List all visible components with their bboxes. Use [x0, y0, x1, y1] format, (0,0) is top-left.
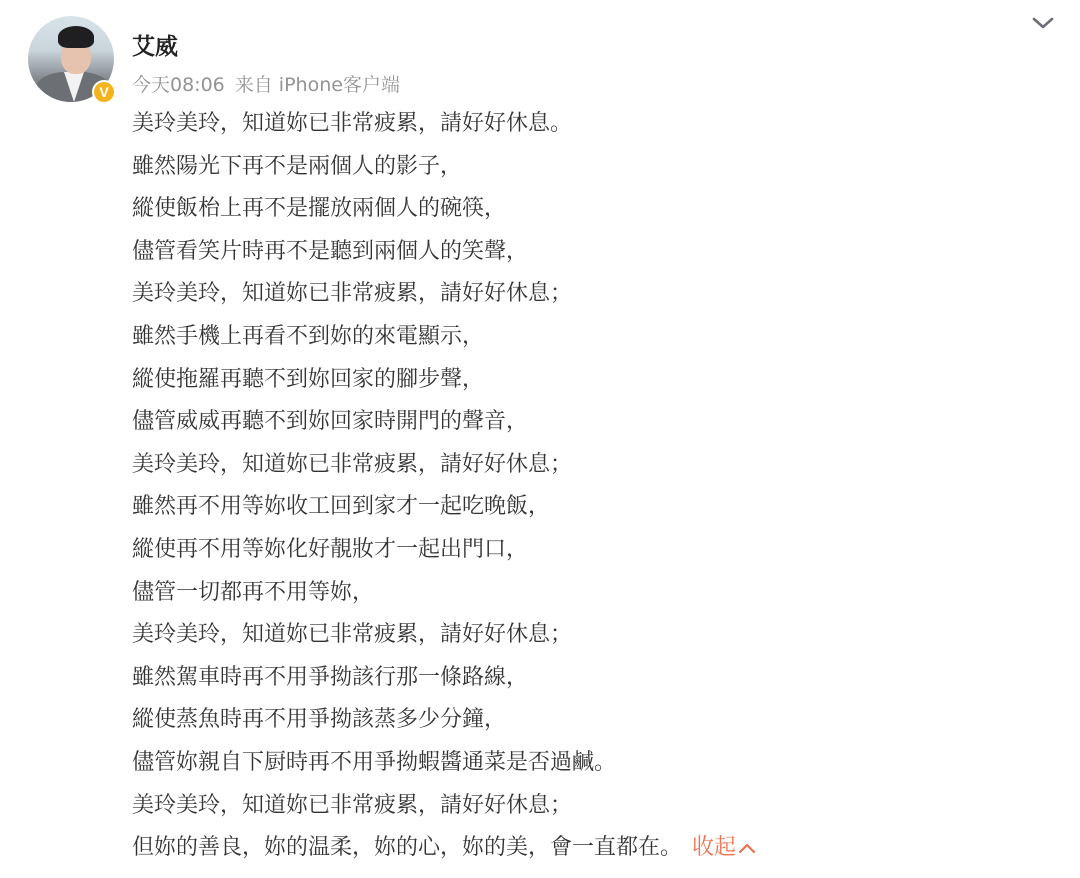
content-line: 儘管一切都再不用等妳，	[132, 572, 1032, 615]
avatar[interactable]: V	[28, 16, 114, 102]
content-line: 縱使飯枱上再不是擺放兩個人的碗筷，	[132, 188, 1032, 231]
content-line: 美玲美玲，知道妳已非常疲累，請好好休息；	[132, 273, 1032, 316]
content-line: 縱使再不用等妳化好靚妝才一起出門口，	[132, 529, 1032, 572]
content-line: 雖然陽光下再不是兩個人的影子，	[132, 146, 1032, 189]
content-line: 儘管看笑片時再不是聽到兩個人的笑聲，	[132, 231, 1032, 274]
post-content: 美玲美玲，知道妳已非常疲累，請好好休息。 雖然陽光下再不是兩個人的影子， 縱使飯…	[132, 103, 1032, 870]
chevron-down-icon	[1032, 16, 1054, 30]
post-menu-button[interactable]	[1028, 10, 1058, 36]
content-line: 美玲美玲，知道妳已非常疲累，請好好休息；	[132, 444, 1032, 487]
content-line: 縱使拖羅再聽不到妳回家的腳步聲，	[132, 359, 1032, 402]
content-line: 雖然手機上再看不到妳的來電顯示，	[132, 316, 1032, 359]
post-time[interactable]: 今天08:06	[132, 74, 225, 96]
author-name[interactable]: 艾威	[132, 32, 178, 62]
content-line: 雖然再不用等妳收工回到家才一起吃晚飯，	[132, 486, 1032, 529]
post-meta: 今天08:06来自 iPhone客户端	[132, 72, 400, 98]
chevron-up-icon	[738, 842, 756, 854]
content-line: 儘管妳親自下厨時再不用爭拗蝦醬通菜是否過鹹。	[132, 742, 1032, 785]
content-line: 縱使蒸魚時再不用爭拗該蒸多少分鐘，	[132, 699, 1032, 742]
post-source: 来自 iPhone客户端	[235, 74, 400, 96]
weibo-post: V 艾威 今天08:06来自 iPhone客户端 美玲美玲，知道妳已非常疲累，請…	[0, 0, 1080, 878]
collapse-label: 收起	[692, 827, 736, 870]
content-line-last: 但妳的善良，妳的温柔，妳的心，妳的美，會一直都在。收起	[132, 827, 1032, 870]
content-line: 儘管威威再聽不到妳回家時開門的聲音，	[132, 401, 1032, 444]
content-line: 美玲美玲，知道妳已非常疲累，請好好休息；	[132, 785, 1032, 828]
content-line: 美玲美玲，知道妳已非常疲累，請好好休息。	[132, 103, 1032, 146]
collapse-link[interactable]: 收起	[692, 827, 756, 870]
content-line-text: 但妳的善良，妳的温柔，妳的心，妳的美，會一直都在。	[132, 835, 682, 860]
verified-badge-icon: V	[92, 80, 116, 104]
content-line: 美玲美玲，知道妳已非常疲累，請好好休息；	[132, 614, 1032, 657]
content-line: 雖然駕車時再不用爭拗該行那一條路線，	[132, 657, 1032, 700]
